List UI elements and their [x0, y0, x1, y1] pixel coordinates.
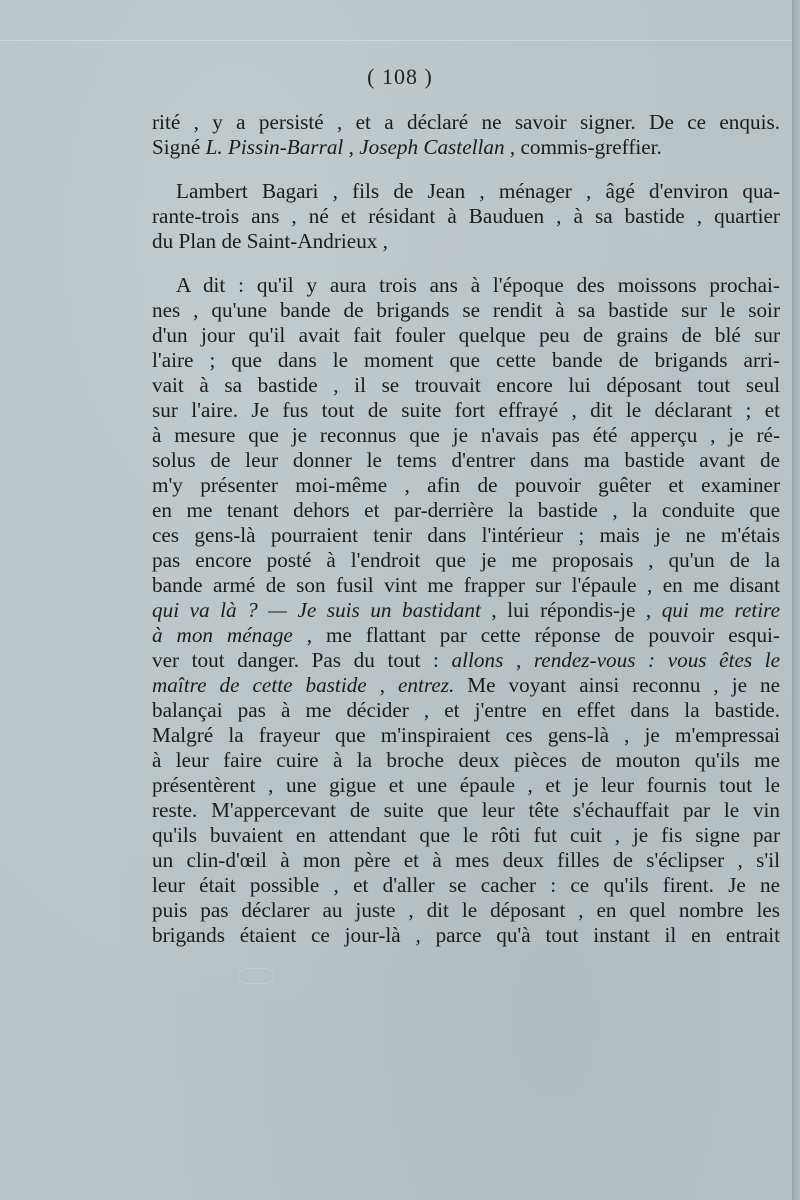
text-segment: solus de leur donner le tems d'entrer da… — [152, 448, 780, 472]
text-segment: A dit : qu'il y aura trois ans à l'époqu… — [176, 273, 780, 297]
paragraph: Lambert Bagari , fils de Jean , ménager … — [152, 179, 780, 254]
italic-text: entrez. — [398, 673, 454, 697]
text-segment: l'aire ; que dans le moment que cette ba… — [152, 348, 780, 372]
text-line: présentèrent , une gigue et une épaule ,… — [152, 773, 780, 798]
text-line: ver tout danger. Pas du tout : allons , … — [152, 648, 780, 673]
text-segment: ver tout danger. Pas du tout : — [152, 648, 452, 672]
page-edge — [792, 0, 800, 1200]
text-segment: à leur faire cuire à la broche deux pièc… — [152, 748, 780, 772]
text-segment: qu'ils buvaient en attendant que le rôti… — [152, 823, 780, 847]
text-line: solus de leur donner le tems d'entrer da… — [152, 448, 780, 473]
text-segment: brigands étaient ce jour-là , parce qu'à… — [152, 923, 780, 947]
text-line: du Plan de Saint-Andrieux , — [152, 229, 780, 254]
text-segment: m'y présenter moi-même , afin de pouvoir… — [152, 473, 780, 497]
text-line: à mon ménage , me flattant par cette rép… — [152, 623, 780, 648]
italic-text: qui me retire — [662, 598, 780, 622]
text-segment: , — [343, 135, 359, 159]
text-line: en me tenant dehors et par-derrière la b… — [152, 498, 780, 523]
text-line: m'y présenter moi-même , afin de pouvoir… — [152, 473, 780, 498]
text-line: à mesure que je reconnus que je n'avais … — [152, 423, 780, 448]
text-segment: , me flattant par cette réponse de pouvo… — [293, 623, 780, 647]
text-line: maître de cette bastide , entrez. Me voy… — [152, 673, 780, 698]
text-segment: à mesure que je reconnus que je n'avais … — [152, 423, 780, 447]
paragraph-gap — [152, 254, 780, 273]
italic-text: à mon ménage — [152, 623, 293, 647]
italic-text: Joseph Castellan — [359, 135, 504, 159]
text-line: balançai pas à me décider , et j'entre e… — [152, 698, 780, 723]
text-segment: , lui répondis-je , — [481, 598, 662, 622]
text-segment: présentèrent , une gigue et une épaule ,… — [152, 773, 780, 797]
text-segment: leur était possible , et d'aller se cach… — [152, 873, 780, 897]
text-line: Malgré la frayeur que m'inspiraient ces … — [152, 723, 780, 748]
text-line: A dit : qu'il y aura trois ans à l'époqu… — [152, 273, 780, 298]
paragraph-gap — [152, 160, 780, 179]
text-segment: en me tenant dehors et par-derrière la b… — [152, 498, 780, 522]
text-line: bande armé de son fusil vint me frapper … — [152, 573, 780, 598]
text-segment: sur l'aire. Je fus tout de suite fort ef… — [152, 398, 780, 422]
text-segment: bande armé de son fusil vint me frapper … — [152, 573, 780, 597]
text-segment: , — [367, 673, 398, 697]
text-segment: pas encore posté à l'endroit que je me p… — [152, 548, 780, 572]
text-line: qui va là ? — Je suis un bastidant , lui… — [152, 598, 780, 623]
text-segment: du Plan de Saint-Andrieux , — [152, 229, 388, 253]
text-line: nes , qu'une bande de brigands se rendit… — [152, 298, 780, 323]
text-segment: vait à sa bastide , il se trouvait encor… — [152, 373, 780, 397]
body-text: rité , y a persisté , et a déclaré ne sa… — [152, 110, 780, 948]
text-line: d'un jour qu'il avait fait fouler quelqu… — [152, 323, 780, 348]
text-segment: rante-trois ans , né et résidant à Baudu… — [152, 204, 780, 228]
text-segment: puis pas déclarer au juste , dit le dépo… — [152, 898, 780, 922]
paragraph: A dit : qu'il y aura trois ans à l'époqu… — [152, 273, 780, 948]
text-segment: reste. M'appercevant de suite que leur t… — [152, 798, 780, 822]
text-segment: Lambert Bagari , fils de Jean , ménager … — [176, 179, 780, 203]
text-line: ces gens-là pourraient tenir dans l'inté… — [152, 523, 780, 548]
page-crease — [0, 40, 792, 41]
text-line: rité , y a persisté , et a déclaré ne sa… — [152, 110, 780, 135]
text-line: rante-trois ans , né et résidant à Baudu… — [152, 204, 780, 229]
text-segment: , commis-greffier. — [505, 135, 662, 159]
text-segment: nes , qu'une bande de brigands se rendit… — [152, 298, 780, 322]
text-line: puis pas déclarer au juste , dit le dépo… — [152, 898, 780, 923]
text-line: Lambert Bagari , fils de Jean , ménager … — [152, 179, 780, 204]
page-number: ( 108 ) — [0, 64, 800, 90]
text-line: sur l'aire. Je fus tout de suite fort ef… — [152, 398, 780, 423]
text-segment: Malgré la frayeur que m'inspiraient ces … — [152, 723, 780, 747]
italic-text: L. Pissin-Barral — [206, 135, 344, 159]
text-line: pas encore posté à l'endroit que je me p… — [152, 548, 780, 573]
text-segment: un clin-d'œil à mon père et à mes deux f… — [152, 848, 780, 872]
text-line: à leur faire cuire à la broche deux pièc… — [152, 748, 780, 773]
text-line: reste. M'appercevant de suite que leur t… — [152, 798, 780, 823]
text-segment: d'un jour qu'il avait fait fouler quelqu… — [152, 323, 780, 347]
italic-text: qui va là ? — Je suis un bastidant — [152, 598, 481, 622]
text-line: leur était possible , et d'aller se cach… — [152, 873, 780, 898]
show-through-mark — [238, 968, 274, 984]
text-segment: rité , y a persisté , et a déclaré ne sa… — [152, 110, 780, 134]
text-segment: balançai pas à me décider , et j'entre e… — [152, 698, 780, 722]
paragraph: rité , y a persisté , et a déclaré ne sa… — [152, 110, 780, 160]
italic-text: maître de cette bastide — [152, 673, 367, 697]
text-line: l'aire ; que dans le moment que cette ba… — [152, 348, 780, 373]
text-line: Signé L. Pissin-Barral , Joseph Castella… — [152, 135, 780, 160]
text-line: brigands étaient ce jour-là , parce qu'à… — [152, 923, 780, 948]
text-line: un clin-d'œil à mon père et à mes deux f… — [152, 848, 780, 873]
italic-text: allons , rendez-vous : vous êtes le — [452, 648, 780, 672]
text-segment: Me voyant ainsi reconnu , je ne — [454, 673, 780, 697]
text-line: vait à sa bastide , il se trouvait encor… — [152, 373, 780, 398]
text-segment: ces gens-là pourraient tenir dans l'inté… — [152, 523, 780, 547]
text-segment: Signé — [152, 135, 206, 159]
text-line: qu'ils buvaient en attendant que le rôti… — [152, 823, 780, 848]
